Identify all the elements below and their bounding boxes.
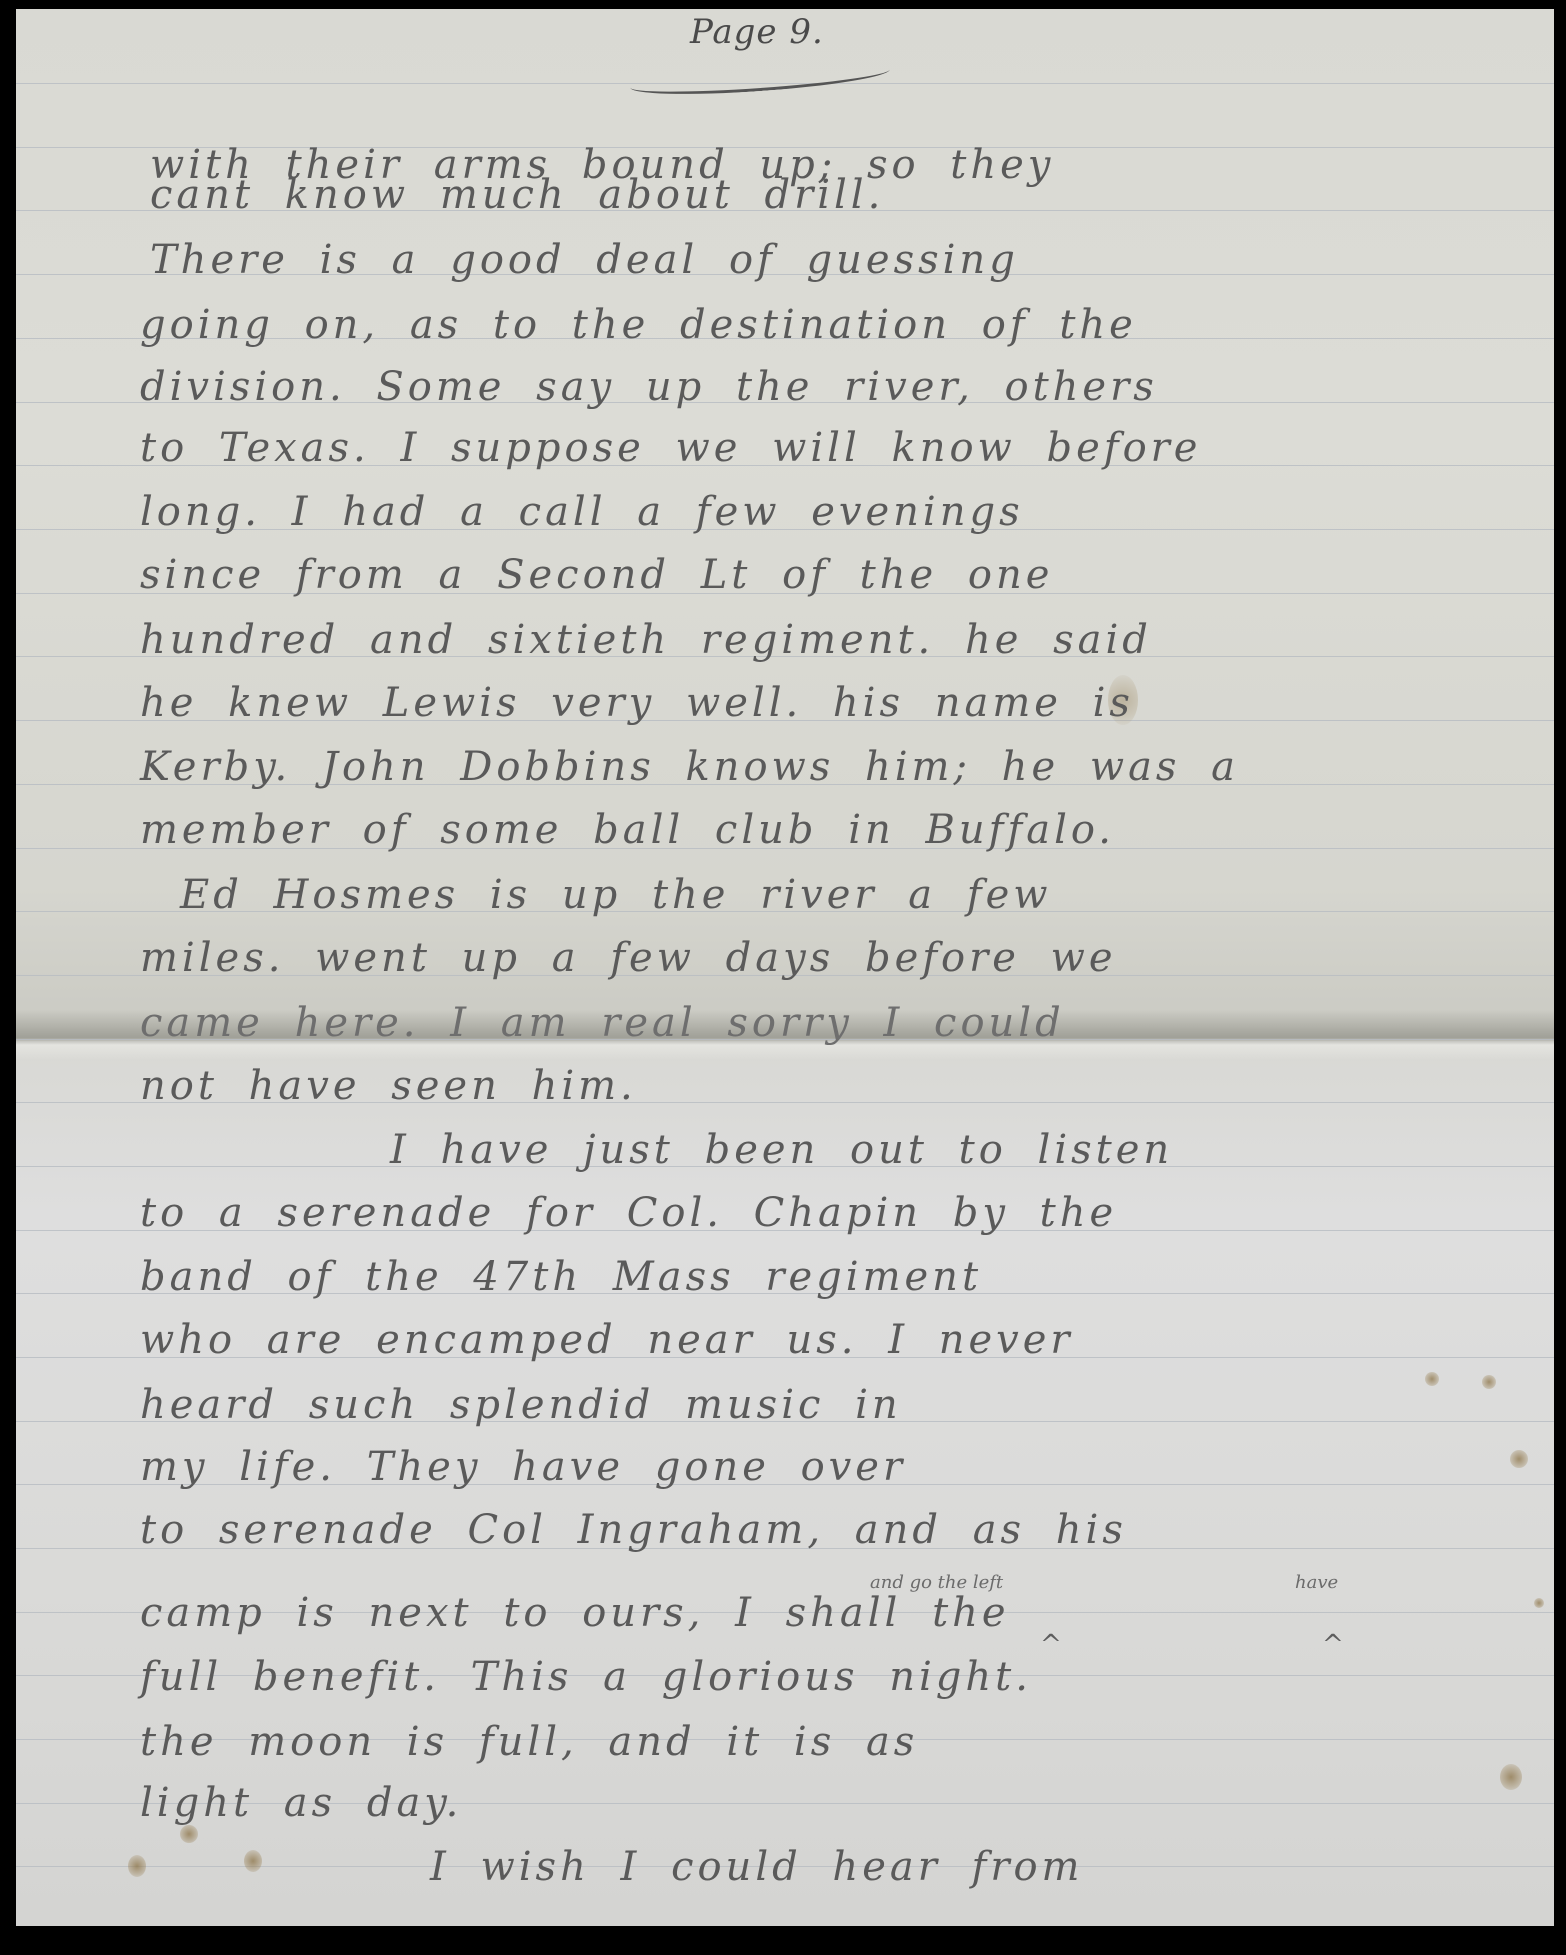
letter-line-18: to a serenade for Col. Chapin by the — [140, 1193, 1117, 1233]
letter-line-8: since from a Second Lt of the one — [140, 555, 1053, 595]
letter-line-6: to Texas. I suppose we will know before — [140, 428, 1201, 468]
letter-line-17: I have just been out to listen — [390, 1130, 1173, 1170]
letter-line-2: cant know much about drill. — [150, 175, 884, 215]
letter-line-28: I wish I could hear from — [430, 1847, 1083, 1887]
stain — [1510, 1450, 1528, 1468]
interlinear-insertion-2: have — [1295, 1572, 1338, 1593]
letter-line-7: long. I had a call a few evenings — [140, 492, 1024, 532]
letter-line-27: light as day. — [140, 1783, 462, 1823]
letter-line-3: There is a good deal of guessing — [150, 240, 1019, 280]
letter-line-25: full benefit. This a glorious night. — [140, 1657, 1032, 1697]
letter-line-26: the moon is full, and it is as — [140, 1722, 918, 1762]
insertion-caret: ^ — [1322, 1630, 1344, 1660]
stain — [1425, 1372, 1439, 1386]
letter-line-23: to serenade Col Ingraham, and as his — [140, 1510, 1127, 1550]
letter-line-9: hundred and sixtieth regiment. he said — [140, 620, 1152, 660]
letter-line-14: miles. went up a few days before we — [140, 938, 1117, 978]
stain — [1534, 1598, 1544, 1608]
stain — [1482, 1375, 1496, 1389]
letter-line-5: division. Some say up the river, others — [140, 367, 1158, 407]
letter-line-10: he knew Lewis very well. his name is — [140, 683, 1134, 723]
letter-line-20: who are encamped near us. I never — [140, 1320, 1074, 1360]
stain — [128, 1855, 146, 1877]
letter-line-15: came here. I am real sorry I could — [140, 1003, 1065, 1043]
stain — [180, 1825, 198, 1843]
letter-line-16: not have seen him. — [140, 1066, 637, 1106]
letter-line-13: Ed Hosmes is up the river a few — [180, 875, 1052, 915]
letter-line-4: going on, as to the destination of the — [140, 305, 1137, 345]
stain — [244, 1850, 262, 1872]
letter-line-21: heard such splendid music in — [140, 1385, 902, 1425]
letter-line-22: my life. They have gone over — [140, 1447, 906, 1487]
letter-line-11: Kerby. John Dobbins knows him; he was a — [140, 747, 1239, 787]
stain — [1500, 1764, 1522, 1790]
page-number-header: Page 9. — [690, 12, 824, 52]
letter-line-12: member of some ball club in Buffalo. — [140, 810, 1115, 850]
letter-line-24: camp is next to ours, I shall the — [140, 1593, 1010, 1633]
letter-line-19: band of the 47th Mass regiment — [140, 1257, 982, 1297]
insertion-caret: ^ — [1040, 1630, 1062, 1660]
